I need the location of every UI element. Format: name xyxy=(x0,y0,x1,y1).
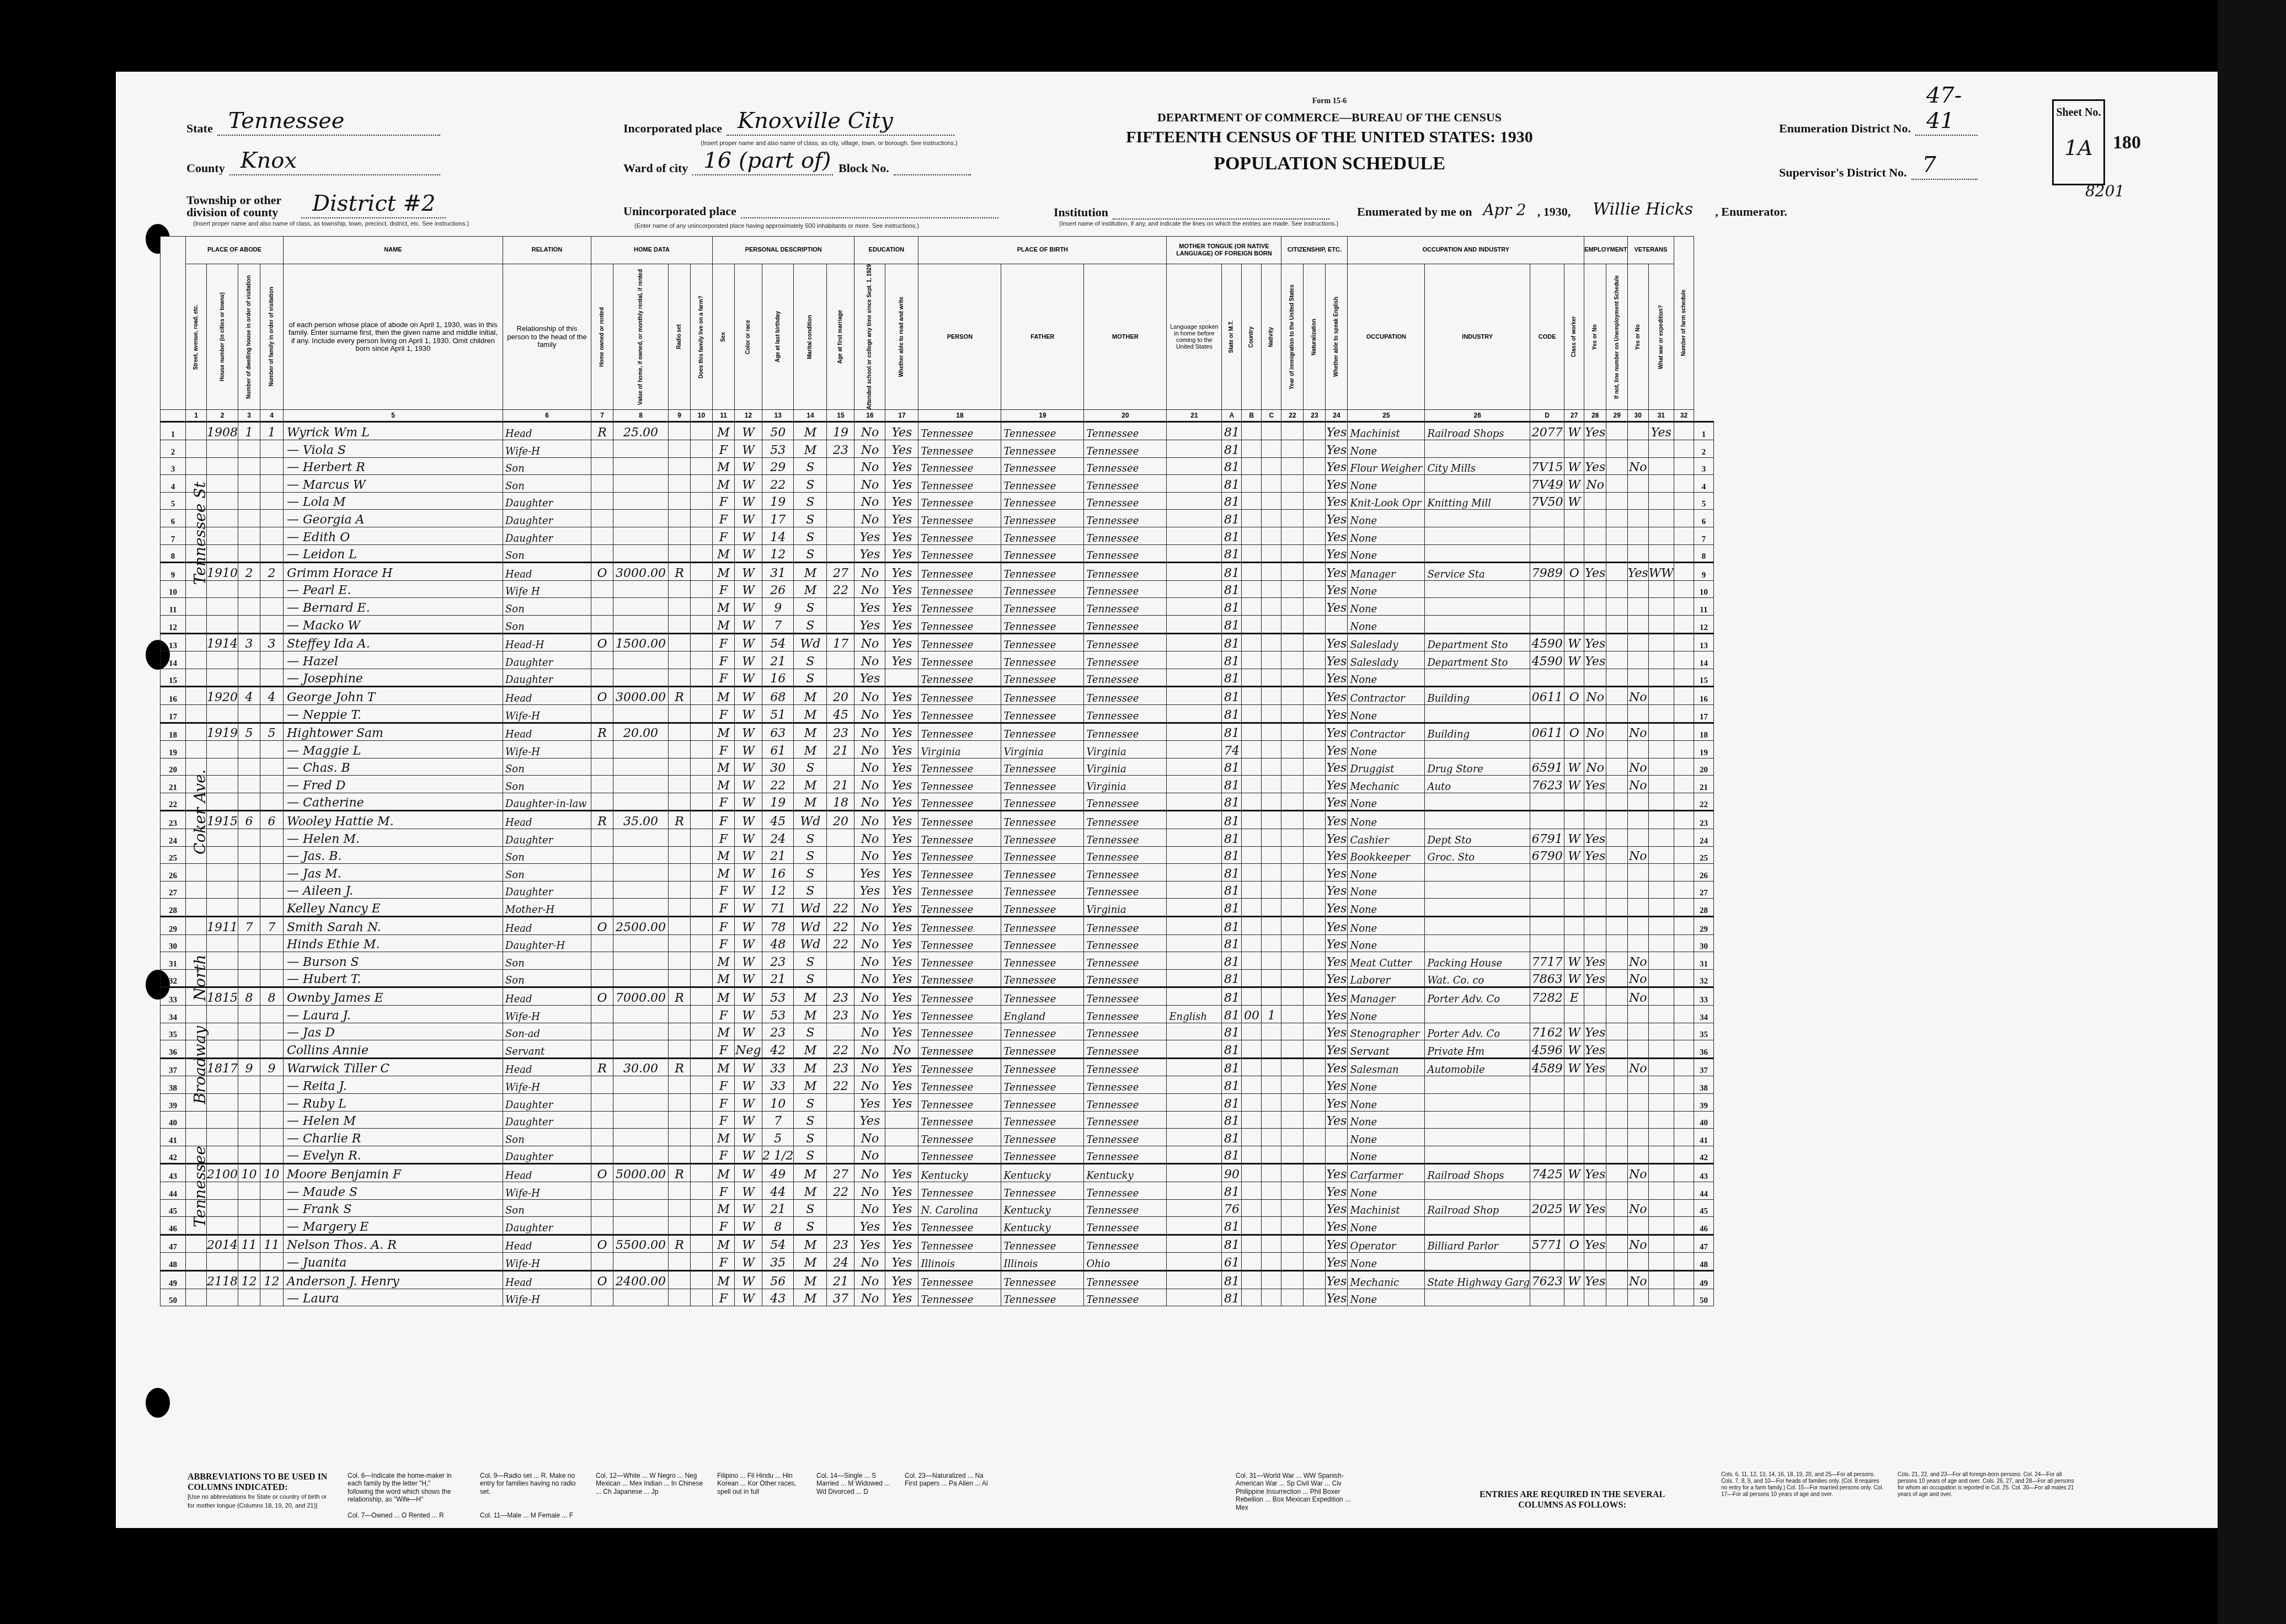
cell-sex: M xyxy=(713,563,735,581)
cell-marital: S xyxy=(794,492,827,510)
cell-father: Tennessee xyxy=(1001,544,1084,563)
cell-race: W xyxy=(735,1164,762,1182)
cell-occupation: Manager xyxy=(1348,563,1425,581)
cell-house xyxy=(207,580,238,598)
cell-sex: F xyxy=(713,829,735,847)
cell-natur xyxy=(1304,1129,1326,1146)
cell-school: No xyxy=(854,829,885,847)
cell-race: W xyxy=(735,563,762,581)
cell-age-marr xyxy=(827,1199,854,1217)
cell-name: — Georgia A xyxy=(284,510,503,527)
cell-read: Yes xyxy=(885,580,918,598)
cell-relation: Head xyxy=(503,1235,591,1253)
cell-industry xyxy=(1425,1253,1530,1271)
cell-code-c xyxy=(1262,475,1281,493)
cell-read: Yes xyxy=(885,422,918,440)
cell-code-a: 81 xyxy=(1222,1289,1242,1306)
cell-tongue xyxy=(1167,881,1222,899)
cell-war xyxy=(1648,704,1674,723)
cell-relation: Head xyxy=(503,1270,591,1289)
cell-marital: M xyxy=(794,793,827,811)
cell-immig xyxy=(1281,793,1304,811)
cell-race: W xyxy=(735,687,762,705)
cell-radio xyxy=(669,846,691,864)
cell-class xyxy=(1564,881,1584,899)
cell-english: Yes xyxy=(1326,1058,1348,1076)
cell-veteran xyxy=(1627,934,1648,952)
cell-house: 1815 xyxy=(207,987,238,1006)
cell-family: 4 xyxy=(260,687,284,705)
cell-tongue xyxy=(1167,1164,1222,1182)
cell-age: 2 1/2 xyxy=(762,1146,794,1164)
cell-read: Yes xyxy=(885,899,918,917)
cell-house xyxy=(207,741,238,758)
colnum-cell: 19 xyxy=(1001,410,1084,422)
cell-age: 31 xyxy=(762,563,794,581)
cell-immig xyxy=(1281,1270,1304,1289)
cell-mother: Tennessee xyxy=(1084,422,1167,440)
cell-family xyxy=(260,510,284,527)
cell-dwelling xyxy=(238,544,260,563)
cell-code-c xyxy=(1262,1253,1281,1271)
cell-immig xyxy=(1281,1023,1304,1040)
cell-veteran xyxy=(1627,1129,1648,1146)
line-number-right: 21 xyxy=(1694,776,1713,793)
cell-age-marr: 22 xyxy=(827,1040,854,1059)
cell-natur xyxy=(1304,723,1326,741)
cell-farm-sched xyxy=(1674,422,1694,440)
cell-farm xyxy=(691,615,713,633)
cell-unemp xyxy=(1606,934,1627,952)
line-number-right: 17 xyxy=(1694,704,1713,723)
cell-race: W xyxy=(735,952,762,970)
cell-natur xyxy=(1304,1182,1326,1199)
group-occupation: OCCUPATION AND INDUSTRY xyxy=(1348,237,1584,264)
cell-house: 2100 xyxy=(207,1164,238,1182)
cell-name: Grimm Horace H xyxy=(284,563,503,581)
cell-immig xyxy=(1281,829,1304,847)
line-number: 18 xyxy=(161,723,186,741)
cell-mother: Tennessee xyxy=(1084,633,1167,651)
cell-english: Yes xyxy=(1326,1182,1348,1199)
colnum-cell: 31 xyxy=(1648,410,1674,422)
line-number-right: 14 xyxy=(1694,651,1713,669)
cell-natur xyxy=(1304,544,1326,563)
cell-value xyxy=(613,1006,669,1023)
cell-employed: Yes xyxy=(1584,1023,1606,1040)
cell-race: W xyxy=(735,440,762,458)
cell-school: No xyxy=(854,969,885,987)
cell-veteran xyxy=(1627,475,1648,493)
cell-occupation: None xyxy=(1348,580,1425,598)
cell-tongue xyxy=(1167,987,1222,1006)
cell-radio xyxy=(669,475,691,493)
cell-code-a: 81 xyxy=(1222,580,1242,598)
cell-farm xyxy=(691,1270,713,1289)
col-19-header: FATHER xyxy=(1001,264,1084,410)
cell-industry: Wat. Co. co xyxy=(1425,969,1530,987)
cell-english: Yes xyxy=(1326,651,1348,669)
cell-code-c xyxy=(1262,881,1281,899)
colnum-cell: 18 xyxy=(918,410,1001,422)
cell-class xyxy=(1564,669,1584,687)
cell-birth: Tennessee xyxy=(918,723,1001,741)
cell-code-a: 81 xyxy=(1222,1129,1242,1146)
cell-unemp xyxy=(1606,793,1627,811)
cell-code-b xyxy=(1242,1289,1262,1306)
col-31-header: What war or expedition? xyxy=(1648,264,1674,410)
cell-natur xyxy=(1304,475,1326,493)
table-row: 26— Jas M.SonMW16SYesYesTennesseeTenness… xyxy=(161,864,1714,882)
cell-age-marr xyxy=(827,598,854,616)
cell-code-c xyxy=(1262,1058,1281,1076)
cell-industry xyxy=(1425,1289,1530,1306)
cell-relation: Son xyxy=(503,457,591,475)
cell-farm-sched xyxy=(1674,741,1694,758)
cell-natur xyxy=(1304,1217,1326,1235)
cell-relation: Head xyxy=(503,723,591,741)
cell-school: Yes xyxy=(854,1093,885,1111)
cell-employed: No xyxy=(1584,723,1606,741)
cell-marital: S xyxy=(794,615,827,633)
cell-code xyxy=(1530,440,1564,458)
cell-farm xyxy=(691,793,713,811)
table-row: 6— Georgia ADaughterFW17SNoYesTennesseeT… xyxy=(161,510,1714,527)
line-number-right: 34 xyxy=(1694,1006,1713,1023)
cell-war xyxy=(1648,793,1674,811)
cell-farm xyxy=(691,1146,713,1164)
colnum-cell: 5 xyxy=(284,410,503,422)
cell-marital: S xyxy=(794,969,827,987)
cell-veteran xyxy=(1627,811,1648,829)
cell-industry xyxy=(1425,793,1530,811)
cell-code-c xyxy=(1262,669,1281,687)
cell-age-marr xyxy=(827,864,854,882)
cell-employed xyxy=(1584,987,1606,1006)
cell-read: Yes xyxy=(885,917,918,935)
cell-code-c xyxy=(1262,969,1281,987)
cell-race: W xyxy=(735,475,762,493)
cell-code-b xyxy=(1242,899,1262,917)
cell-occupation: None xyxy=(1348,1093,1425,1111)
cell-race: W xyxy=(735,1199,762,1217)
cell-code-c xyxy=(1262,723,1281,741)
cell-code-a: 81 xyxy=(1222,1111,1242,1129)
cell-employed: Yes xyxy=(1584,633,1606,651)
cell-english: Yes xyxy=(1326,741,1348,758)
cell-family xyxy=(260,475,284,493)
cell-tongue xyxy=(1167,793,1222,811)
cell-unemp xyxy=(1606,1253,1627,1271)
line-number-right: 10 xyxy=(1694,580,1713,598)
cell-war xyxy=(1648,580,1674,598)
cell-occupation: Knit-Look Opr xyxy=(1348,492,1425,510)
cell-mother: Tennessee xyxy=(1084,793,1167,811)
cell-occupation: None xyxy=(1348,934,1425,952)
cell-veteran xyxy=(1627,1217,1648,1235)
col-16-header: Attended school or college any time sinc… xyxy=(854,264,885,410)
cell-industry: Billiard Parlor xyxy=(1425,1235,1530,1253)
cell-radio xyxy=(669,741,691,758)
cell-mother: Tennessee xyxy=(1084,580,1167,598)
cell-radio xyxy=(669,422,691,440)
cell-father: Tennessee xyxy=(1001,1076,1084,1094)
cell-value xyxy=(613,952,669,970)
cell-tongue xyxy=(1167,1253,1222,1271)
cell-immig xyxy=(1281,422,1304,440)
cell-code-a: 81 xyxy=(1222,1270,1242,1289)
cell-race: W xyxy=(735,846,762,864)
cell-occupation: Manager xyxy=(1348,987,1425,1006)
cell-father: Kentucky xyxy=(1001,1164,1084,1182)
cell-occupation: Cashier xyxy=(1348,829,1425,847)
cell-race: W xyxy=(735,899,762,917)
cell-radio xyxy=(669,899,691,917)
cell-tongue xyxy=(1167,1146,1222,1164)
cell-employed xyxy=(1584,1146,1606,1164)
cell-age-marr: 22 xyxy=(827,899,854,917)
cell-natur xyxy=(1304,934,1326,952)
cell-race: W xyxy=(735,1253,762,1271)
cell-owned xyxy=(591,952,613,970)
cell-industry: Railroad Shops xyxy=(1425,422,1530,440)
cell-birth: Tennessee xyxy=(918,952,1001,970)
cell-farm xyxy=(691,1199,713,1217)
cell-dwelling xyxy=(238,881,260,899)
cell-school: Yes xyxy=(854,615,885,633)
cell-code: 0611 xyxy=(1530,723,1564,741)
cell-radio xyxy=(669,1253,691,1271)
cell-immig xyxy=(1281,846,1304,864)
cell-immig xyxy=(1281,881,1304,899)
cell-family xyxy=(260,615,284,633)
entries-2: Cols. 21, 22, and 23—For all foreign-bor… xyxy=(1898,1472,2080,1498)
line-number: 48 xyxy=(161,1253,186,1271)
cell-school: No xyxy=(854,1199,885,1217)
cell-read: Yes xyxy=(885,846,918,864)
cell-age-marr: 23 xyxy=(827,987,854,1006)
cell-value xyxy=(613,615,669,633)
cell-dwelling xyxy=(238,527,260,544)
colnum-cell: 6 xyxy=(503,410,591,422)
cell-read: Yes xyxy=(885,440,918,458)
ed-field: Enumeration District No. 47-41 xyxy=(1779,116,1978,136)
cell-school: No xyxy=(854,952,885,970)
line-number-right: 24 xyxy=(1694,829,1713,847)
cell-industry: Packing House xyxy=(1425,952,1530,970)
cell-mother: Tennessee xyxy=(1084,1235,1167,1253)
table-row: 39— Ruby LDaughterFW10SYesYesTennesseeTe… xyxy=(161,1093,1714,1111)
cell-natur xyxy=(1304,563,1326,581)
cell-natur xyxy=(1304,969,1326,987)
cell-family xyxy=(260,440,284,458)
cell-war xyxy=(1648,687,1674,705)
cell-name: Collins Annie xyxy=(284,1040,503,1059)
cell-family xyxy=(260,580,284,598)
cell-name: — Juanita xyxy=(284,1253,503,1271)
cell-marital: Wd xyxy=(794,811,827,829)
cell-class xyxy=(1564,934,1584,952)
table-row: 19— Maggie LWife-HFW61M21NoYesVirginiaVi… xyxy=(161,741,1714,758)
cell-employed: No xyxy=(1584,475,1606,493)
cell-tongue xyxy=(1167,669,1222,687)
cell-unemp xyxy=(1606,1111,1627,1129)
cell-occupation: Bookkeeper xyxy=(1348,846,1425,864)
cell-code-b xyxy=(1242,1235,1262,1253)
cell-employed xyxy=(1584,1093,1606,1111)
cell-war xyxy=(1648,952,1674,970)
cell-value xyxy=(613,1093,669,1111)
table-row: 1190811Wyrick Wm LHeadR25.00MW50M19NoYes… xyxy=(161,422,1714,440)
cell-natur xyxy=(1304,457,1326,475)
cell-birth: Tennessee xyxy=(918,704,1001,723)
cell-english xyxy=(1326,1129,1348,1146)
cell-veteran xyxy=(1627,492,1648,510)
col-7-header: Home owned or rented xyxy=(591,264,613,410)
cell-immig xyxy=(1281,527,1304,544)
cell-value: 1500.00 xyxy=(613,633,669,651)
cell-industry: Automobile xyxy=(1425,1058,1530,1076)
cell-farm xyxy=(691,475,713,493)
cell-veteran: No xyxy=(1627,1199,1648,1217)
cell-unemp xyxy=(1606,1270,1627,1289)
cell-radio xyxy=(669,527,691,544)
cell-code xyxy=(1530,544,1564,563)
cell-english: Yes xyxy=(1326,1217,1348,1235)
table-row: 33181588Ownby James EHeadO7000.00RMW53M2… xyxy=(161,987,1714,1006)
cell-sex: F xyxy=(713,1182,735,1199)
cell-birth: Illinois xyxy=(918,1253,1001,1271)
cell-english: Yes xyxy=(1326,422,1348,440)
cell-class: W xyxy=(1564,969,1584,987)
colnum-cell: C xyxy=(1262,410,1281,422)
cell-code-b xyxy=(1242,669,1262,687)
state-label: State xyxy=(186,121,213,136)
cell-family xyxy=(260,651,284,669)
cell-age: 16 xyxy=(762,864,794,882)
cell-code-b xyxy=(1242,1093,1262,1111)
table-row: 31— Burson SSonMW23SNoYesTennesseeTennes… xyxy=(161,952,1714,970)
cell-farm xyxy=(691,917,713,935)
cell-industry xyxy=(1425,1146,1530,1164)
cell-name: Hightower Sam xyxy=(284,723,503,741)
cell-family xyxy=(260,1076,284,1094)
col-9-header: Radio set xyxy=(669,264,691,410)
cell-farm xyxy=(691,492,713,510)
cell-code-c xyxy=(1262,492,1281,510)
cell-relation: Wife H xyxy=(503,580,591,598)
cell-birth: Tennessee xyxy=(918,846,1001,864)
table-row: 7— Edith ODaughterFW14SYesYesTennesseeTe… xyxy=(161,527,1714,544)
cell-mother: Tennessee xyxy=(1084,440,1167,458)
cell-english: Yes xyxy=(1326,917,1348,935)
cell-owned xyxy=(591,1111,613,1129)
cell-code-b xyxy=(1242,492,1262,510)
cell-father: Tennessee xyxy=(1001,687,1084,705)
cell-age: 68 xyxy=(762,687,794,705)
group-citizenship: CITIZENSHIP, ETC. xyxy=(1281,237,1348,264)
cell-class: W xyxy=(1564,1058,1584,1076)
cell-house xyxy=(207,899,238,917)
cell-marital: M xyxy=(794,422,827,440)
cell-occupation: None xyxy=(1348,1129,1425,1146)
cell-read: Yes xyxy=(885,1182,918,1199)
cell-war xyxy=(1648,811,1674,829)
cell-code-b xyxy=(1242,1111,1262,1129)
cell-mother: Tennessee xyxy=(1084,457,1167,475)
cell-english: Yes xyxy=(1326,723,1348,741)
cell-code-c xyxy=(1262,1023,1281,1040)
cell-class: W xyxy=(1564,633,1584,651)
cell-english: Yes xyxy=(1326,1289,1348,1306)
cell-class: W xyxy=(1564,1270,1584,1289)
line-number-right: 18 xyxy=(1694,723,1713,741)
cell-age-marr xyxy=(827,1023,854,1040)
cell-age: 26 xyxy=(762,580,794,598)
cell-mother: Tennessee xyxy=(1084,1217,1167,1235)
cell-marital: S xyxy=(794,651,827,669)
cell-war xyxy=(1648,969,1674,987)
cell-age: 7 xyxy=(762,615,794,633)
cell-employed: Yes xyxy=(1584,422,1606,440)
cell-mother: Tennessee xyxy=(1084,1023,1167,1040)
cell-unemp xyxy=(1606,563,1627,581)
cell-unemp xyxy=(1606,1023,1627,1040)
cell-school: No xyxy=(854,1164,885,1182)
table-row: 8— Leidon LSonMW12SYesYesTennesseeTennes… xyxy=(161,544,1714,563)
cell-sex: M xyxy=(713,1270,735,1289)
cell-marital: S xyxy=(794,457,827,475)
cell-house xyxy=(207,1040,238,1059)
cell-relation: Wife-H xyxy=(503,440,591,458)
cell-age: 8 xyxy=(762,1217,794,1235)
table-row: 21— Fred DSonMW22M21NoYesTennesseeTennes… xyxy=(161,776,1714,793)
cell-code-b xyxy=(1242,1253,1262,1271)
cell-radio xyxy=(669,881,691,899)
cell-farm-sched xyxy=(1674,1076,1694,1094)
cell-race: W xyxy=(735,704,762,723)
table-row: 44— Maude SWife-HFW44M22NoYesTennesseeTe… xyxy=(161,1182,1714,1199)
cell-owned: O xyxy=(591,1164,613,1182)
cell-mother: Tennessee xyxy=(1084,1058,1167,1076)
cell-family xyxy=(260,527,284,544)
cell-mother: Virginia xyxy=(1084,758,1167,776)
cell-owned xyxy=(591,492,613,510)
cell-birth: Tennessee xyxy=(918,1129,1001,1146)
col-10-header: Does this family live on a farm? xyxy=(691,264,713,410)
line-number-right: 41 xyxy=(1694,1129,1713,1146)
cell-code xyxy=(1530,811,1564,829)
cell-father: Tennessee xyxy=(1001,952,1084,970)
cell-war xyxy=(1648,1006,1674,1023)
line-number: 24 xyxy=(161,829,186,847)
line-number-right: 36 xyxy=(1694,1040,1713,1059)
line-number-right: 28 xyxy=(1694,899,1713,917)
cell-name: — Jas. B. xyxy=(284,846,503,864)
cell-name: — Hazel xyxy=(284,651,503,669)
cell-father: Tennessee xyxy=(1001,1129,1084,1146)
cell-relation: Daughter xyxy=(503,1111,591,1129)
cell-race: W xyxy=(735,1146,762,1164)
cell-name: — Pearl E. xyxy=(284,580,503,598)
township-label: Township or other division of county xyxy=(186,194,297,218)
cell-school: No xyxy=(854,492,885,510)
cell-dwelling xyxy=(238,776,260,793)
cell-code-a: 81 xyxy=(1222,510,1242,527)
cell-sex: M xyxy=(713,598,735,616)
cell-age-marr xyxy=(827,1093,854,1111)
cell-class: W xyxy=(1564,758,1584,776)
